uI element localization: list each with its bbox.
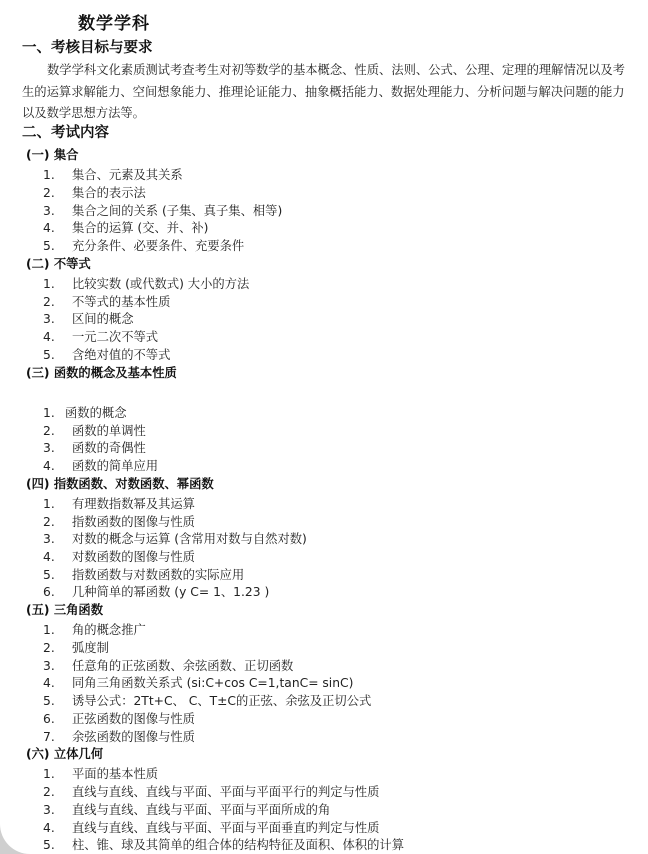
list-item: 2.指数函数的图像与性质: [43, 512, 195, 530]
list-item: 4.同角三角函数关系式 (si:C+cos C=1,tanC= sinC): [43, 673, 353, 691]
list-item: 3.函数的奇偶性: [43, 438, 146, 456]
list-item: 2.不等式的基本性质: [43, 292, 170, 310]
group-heading-solid-geometry: (六) 立体几何: [26, 744, 103, 762]
section-heading-content: 二、考试内容: [22, 121, 109, 142]
group-heading-inequalities: (二) 不等式: [26, 254, 91, 272]
list-item: 5.含绝对值的不等式: [43, 345, 170, 363]
goals-paragraph: 数学学科文化素质测试考查考生对初等数学的基本概念、性质、法则、公式、公理、定理的…: [22, 60, 634, 125]
list-item: 4.直线与直线、直线与平面、平面与平面垂直旳判定与性质: [43, 818, 379, 836]
list-item: 4.对数函数的图像与性质: [43, 547, 195, 565]
list-item: 3.直线与直线、直线与平面、平面与平面所成的角: [43, 800, 330, 818]
list-item: 1.平面的基本性质: [43, 764, 158, 782]
list-item: 4.一元二次不等式: [43, 327, 158, 345]
page-corner-shadow: [0, 814, 40, 854]
list-item: 1.集合、元素及其关系: [43, 165, 183, 183]
list-item: 1.角的概念推广: [43, 620, 146, 638]
list-item: 2.弧度制: [43, 638, 109, 656]
list-item: 2.集合的表示法: [43, 183, 146, 201]
list-item: 5.诱导公式：2Tt+C、 C、T±C的正弦、余弦及正切公式: [43, 691, 371, 709]
list-item: 7.余弦函数的图像与性质: [43, 727, 195, 745]
list-item: 4.函数的简单应用: [43, 456, 158, 474]
list-item: 5.指数函数与对数函数的实际应用: [43, 565, 244, 583]
group-heading-trigonometry: (五) 三角函数: [26, 600, 103, 618]
list-item: 2.函数的单调性: [43, 421, 146, 439]
list-item: 2.直线与直线、直线与平面、平面与平面平行的判定与性质: [43, 782, 379, 800]
list-item: 5.柱、锥、球及其简单的组合体的结构特征及面积、体积的计算: [43, 835, 404, 853]
list-item: 1.比较实数 (或代数式) 大小的方法: [43, 274, 249, 292]
group-heading-exponential: (四) 指数函数、对数函数、幂函数: [26, 474, 214, 492]
list-item: 6.几种简单的幂函数 (y C= 1、1.23 ): [43, 582, 269, 600]
group-heading-functions: (三) 函数的概念及基本性质: [26, 363, 177, 381]
list-item: 3.对数的概念与运算 (含常用对数与自然对数): [43, 529, 307, 547]
document-title: 数学学科: [78, 9, 150, 34]
list-item: 3.集合之间的关系 (子集、真子集、相等): [43, 201, 282, 219]
group-heading-sets: (一) 集合: [26, 145, 78, 163]
section-heading-goals: 一、考核目标与要求: [22, 36, 153, 57]
list-item: 6.正弦函数的图像与性质: [43, 709, 195, 727]
list-item: 1.有理数指数幂及其运算: [43, 494, 195, 512]
list-item: 3.任意角的正弦函数、余弦函数、正切函数: [43, 656, 293, 674]
list-item: 3.区间的概念: [43, 309, 134, 327]
list-item: 5.充分条件、必要条件、充要条件: [43, 236, 244, 254]
list-item: 1.函数的概念: [43, 403, 127, 421]
document-page: 数学学科 一、考核目标与要求 数学学科文化素质测试考查考生对初等数学的基本概念、…: [0, 0, 648, 854]
list-item: 4.集合的运算 (交、并、补): [43, 218, 208, 236]
